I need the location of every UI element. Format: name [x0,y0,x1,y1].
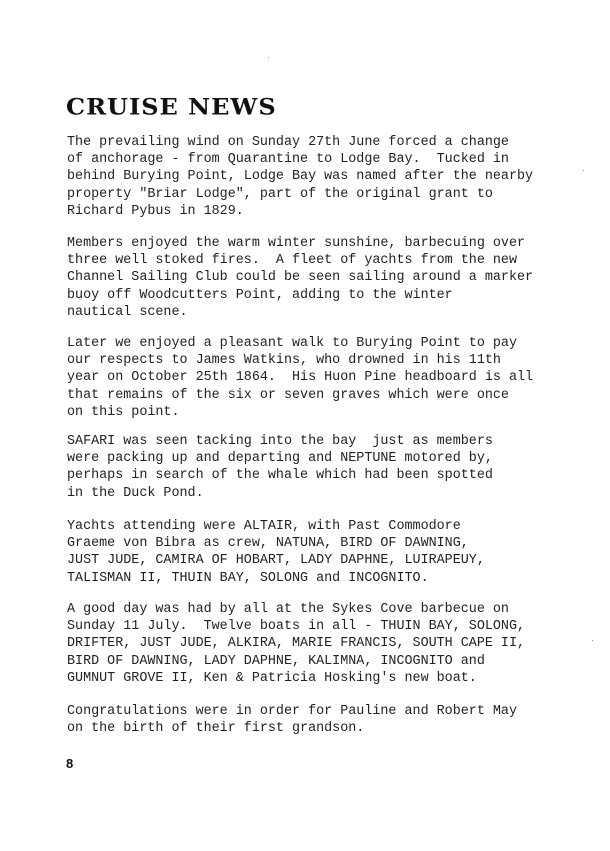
paragraph-winter-sunshine: Members enjoyed the warm winter sunshine… [67,235,607,321]
page-number: 8 [66,756,73,771]
paragraph-yachts-attending: Yachts attending were ALTAIR, with Past … [67,518,607,587]
scan-speck [583,170,584,171]
page-title: CRUISE NEWS [66,93,277,121]
paragraph-congratulations: Congratulations were in order for Paulin… [67,703,607,737]
paragraph-anchorage: The prevailing wind on Sunday 27th June … [67,134,607,220]
paragraph-burying-point-walk: Later we enjoyed a pleasant walk to Bury… [67,335,607,421]
paragraph-sykes-cove-barbecue: A good day was had by all at the Sykes C… [67,601,607,687]
scan-speck [592,640,593,641]
document-page: CRUISE NEWS The prevailing wind on Sunda… [0,0,610,851]
scan-speck [268,57,269,58]
paragraph-safari-neptune: SAFARI was seen tacking into the bay jus… [67,433,607,502]
